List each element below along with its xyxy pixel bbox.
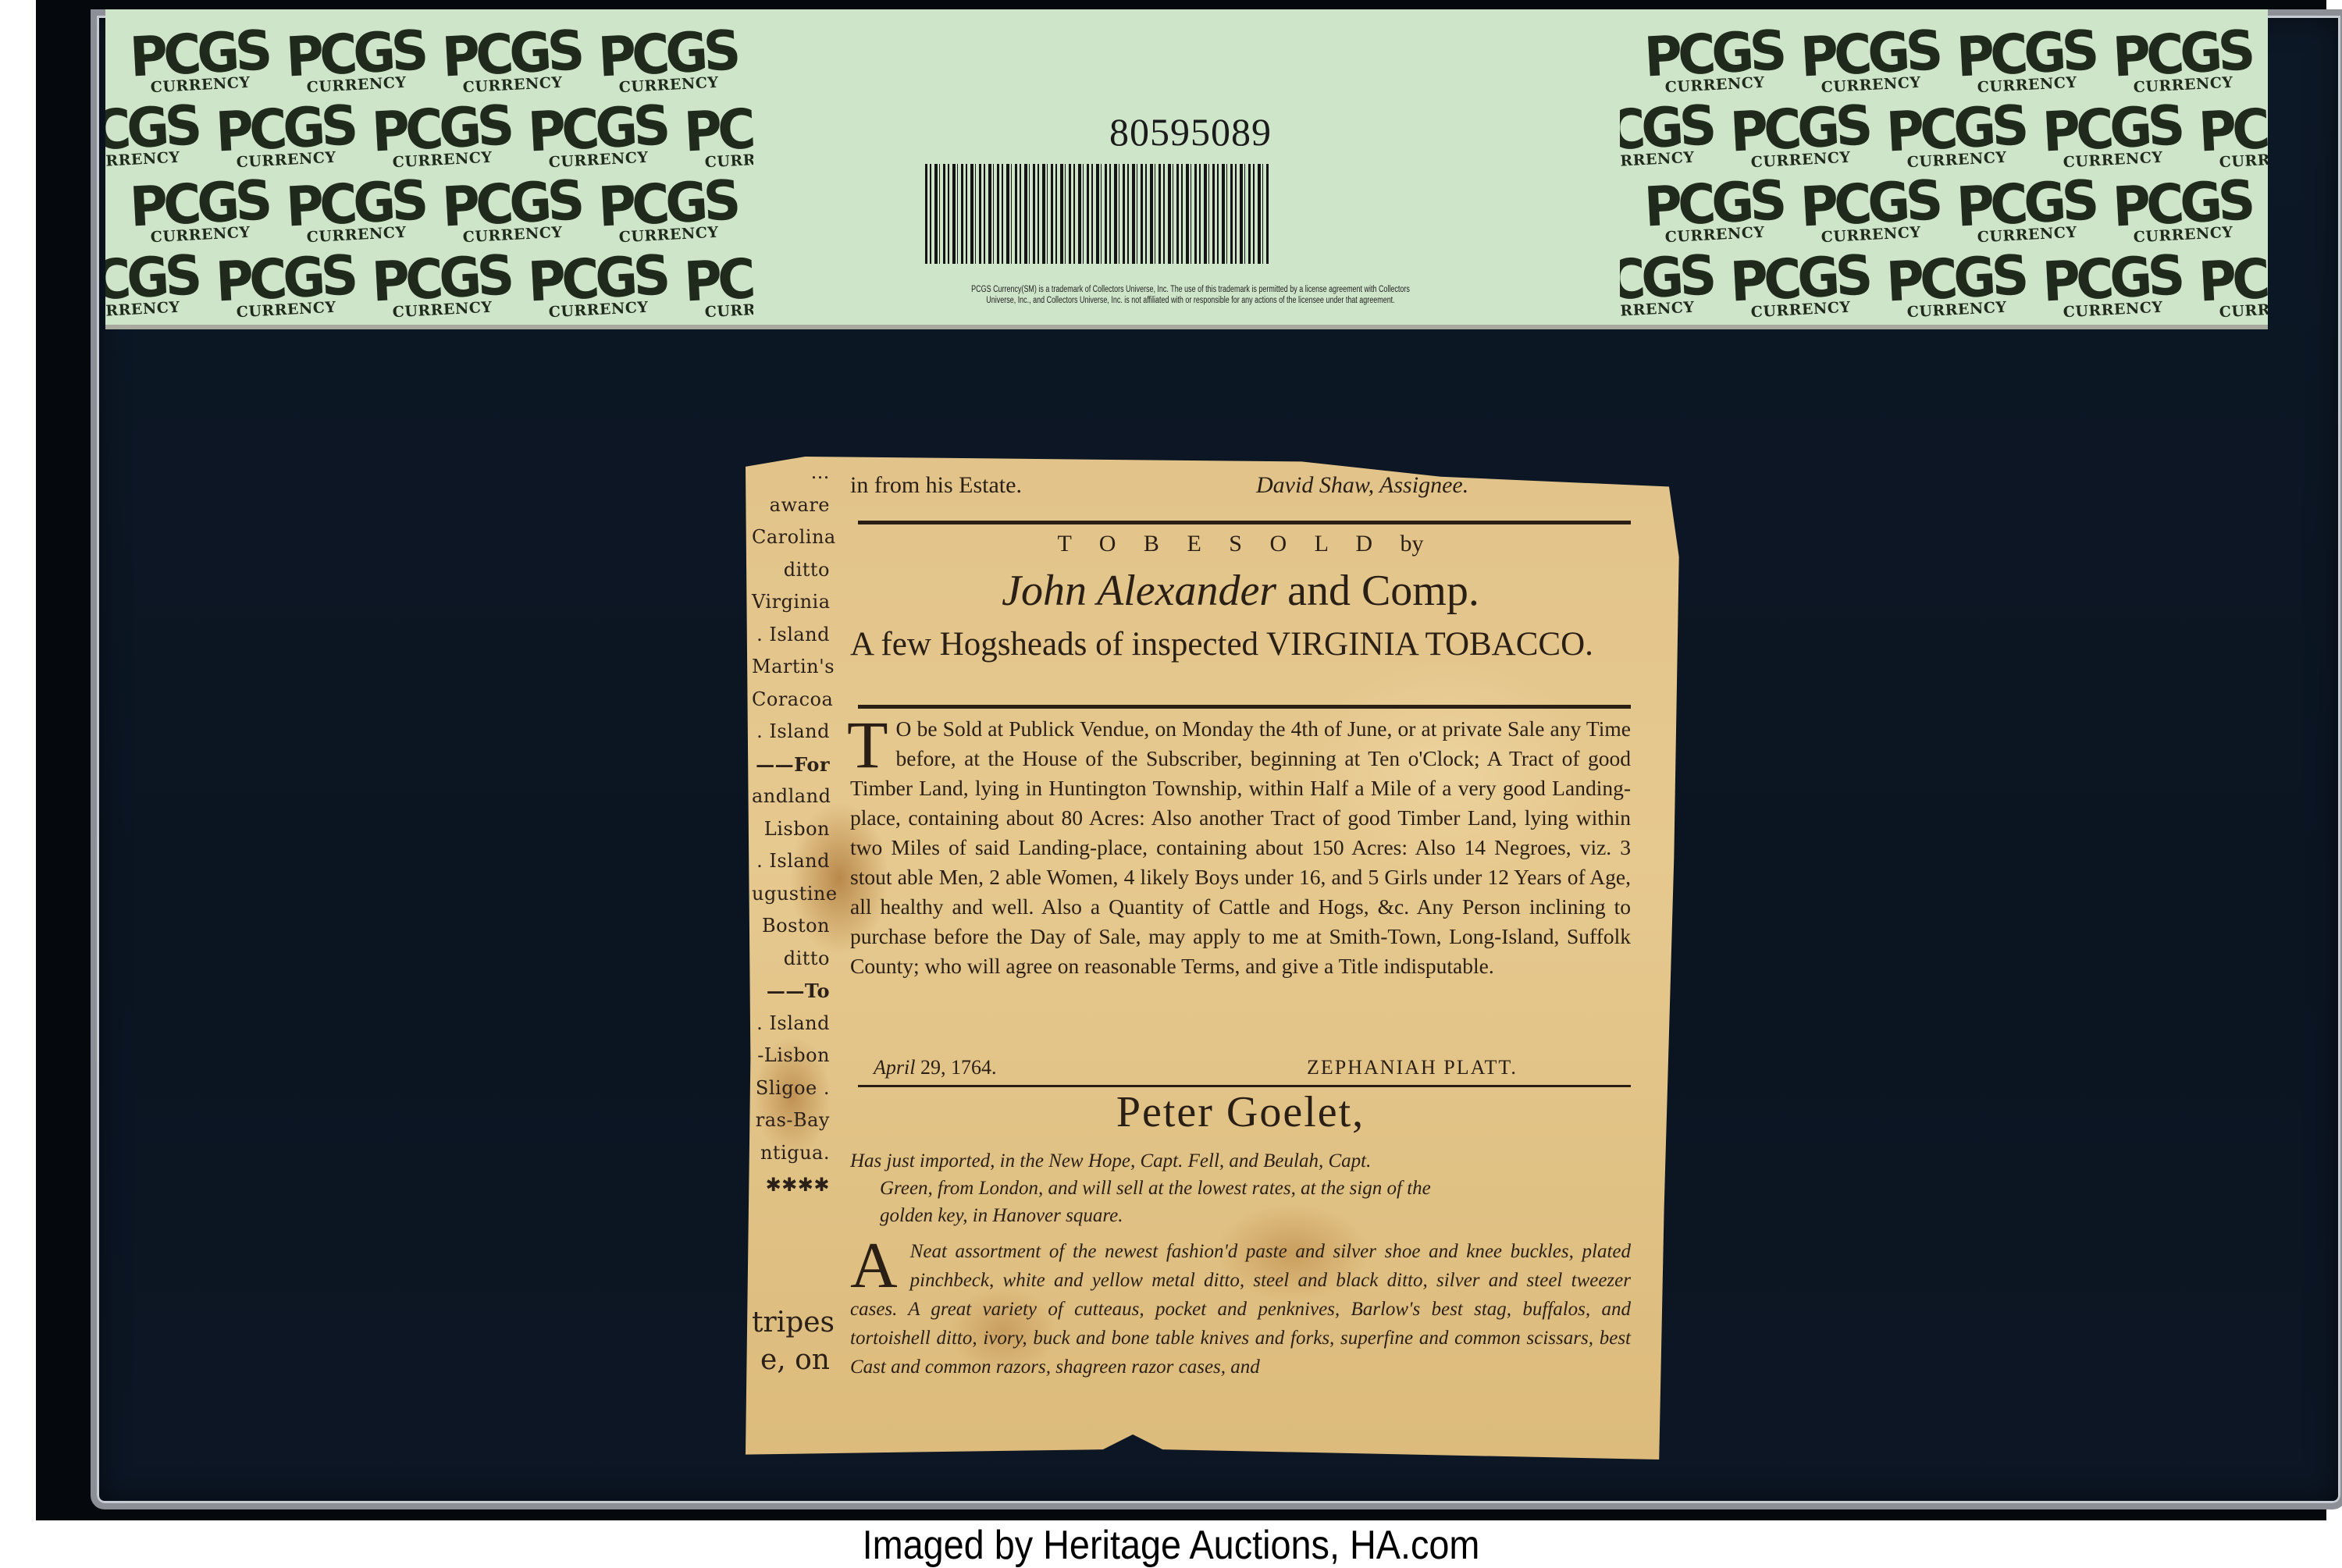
pcgs-currency-logo-icon: PCGSCURRENCY (119, 169, 279, 252)
pcgs-currency-logo-icon: PCGSCURRENCY (2188, 94, 2268, 177)
left-column-line: . Island (752, 619, 830, 652)
pcgs-currency-logo-icon: PCGSCURRENCY (1876, 94, 2036, 177)
pcgs-currency-logo-icon: PCGSCURRENCY (276, 169, 436, 252)
ad1-heading: T O B E S O L D by (850, 531, 1631, 557)
left-column-line: . Island (752, 716, 830, 748)
left-column-line: . Island (752, 845, 830, 878)
ad1-body: T O be Sold at Publick Vendue, on Monday… (850, 714, 1631, 981)
left-column-line: Coracoa (752, 684, 830, 716)
left-column-line: Carolina (752, 521, 830, 554)
barcode-icon (925, 164, 1270, 264)
ad2-dropcap: A (850, 1239, 898, 1293)
ad1-seller: John Alexander and Comp. (850, 566, 1631, 616)
left-column-line: …aware (752, 457, 830, 521)
left-column-line: Martin's (752, 651, 830, 684)
left-column-line: ntigua. (752, 1137, 830, 1170)
left-column-line: andland (752, 780, 830, 813)
pcgs-currency-logo-icon: PCGSCURRENCY (2032, 244, 2192, 325)
left-column-line: ditto (752, 554, 830, 587)
certification-block: 80595089 PCGS Currency(SM) is a trademar… (902, 9, 1479, 325)
pcgs-currency-logo-icon: PCGSCURRENCY (205, 94, 365, 177)
ad1-date-month: April (874, 1056, 915, 1079)
pcgs-logo-pattern-right: PCGSCURRENCYPCGSCURRENCYPCGSCURRENCYPCGS… (1620, 9, 2268, 325)
left-column-line: Virginia (752, 586, 830, 619)
newspaper-fragment: …awareCarolinadittoVirginia. IslandMarti… (746, 457, 1739, 1460)
ad1-signature: ZEPHANIAH PLATT. (1307, 1056, 1518, 1079)
ad1-seller-rest: and Comp. (1276, 567, 1479, 615)
pcgs-currency-logo-icon: PCGSCURRENCY (1634, 169, 1794, 252)
pcgs-logo-pattern-left: PCGSCURRENCYPCGSCURRENCYPCGSCURRENCYPCGS… (105, 9, 753, 325)
left-column-line: Lisbon (752, 813, 830, 846)
ad1-date: April 29, 1764. (874, 1056, 996, 1079)
left-column-fragment: …awareCarolinadittoVirginia. IslandMarti… (752, 457, 830, 1202)
cert-number: 80595089 (902, 109, 1479, 155)
ad1-dropcap: T (847, 717, 888, 772)
pcgs-currency-logo-icon: PCGSCURRENCY (1946, 20, 2106, 102)
ad1-heading-text: T O B E S O L D (1057, 531, 1383, 556)
pcgs-currency-logo-icon: PCGSCURRENCY (1720, 94, 1880, 177)
image-credit-caption: Imaged by Heritage Auctions, HA.com (117, 1522, 2225, 1568)
pcgs-currency-logo-icon: PCGSCURRENCY (2102, 20, 2262, 102)
pcgs-currency-logo-icon: PCGSCURRENCY (674, 244, 753, 325)
left-column-line: Boston (752, 910, 830, 943)
pcgs-currency-logo-icon: PCGSCURRENCY (2188, 244, 2268, 325)
pcgs-currency-logo-icon: PCGSCURRENCY (432, 169, 592, 252)
pcgs-currency-logo-icon: PCGSCURRENCY (1946, 169, 2106, 252)
left-column-line: . Island (752, 1008, 830, 1040)
trademark-line-1: PCGS Currency(SM) is a trademark of Coll… (965, 284, 1415, 295)
ad1-product: A few Hogsheads of inspected VIRGINIA TO… (850, 627, 1639, 663)
pcgs-currency-logo-icon: PCGSCURRENCY (2032, 94, 2192, 177)
pcgs-currency-logo-icon: PCGSCURRENCY (518, 244, 678, 325)
ad2-intro-line-2: Green, from London, and will sell at the… (850, 1175, 1631, 1202)
left-column-lower-line: e, on (752, 1342, 830, 1379)
ad2-heading: Peter Goelet, (850, 1087, 1631, 1137)
ad1-seller-name: John Alexander (1002, 567, 1276, 615)
pcgs-currency-logo-icon: PCGSCURRENCY (361, 244, 521, 325)
left-column-line: Sligoe . (752, 1072, 830, 1105)
pcgs-currency-logo-icon: PCGSCURRENCY (119, 20, 279, 102)
pcgs-currency-logo-icon: PCGSCURRENCY (518, 94, 678, 177)
pcgs-currency-logo-icon: PCGSCURRENCY (432, 20, 592, 102)
left-column-line: ditto (752, 943, 830, 976)
ad2-intro-line-1: Has just imported, in the New Hope, Capt… (850, 1147, 1631, 1175)
left-column-line: ugustine (752, 878, 830, 911)
trademark-line-2: Universe, Inc., and Collectors Universe,… (965, 295, 1415, 306)
trademark-notice: PCGS Currency(SM) is a trademark of Coll… (965, 284, 1415, 306)
pcgs-currency-logo-icon: PCGSCURRENCY (276, 20, 436, 102)
pcgs-currency-logo-icon: PCGSCURRENCY (1720, 244, 1880, 325)
left-column-lower-fragment: tripese, on (752, 1304, 830, 1379)
ad1-heading-by: by (1401, 531, 1424, 556)
ad2-body: A Neat assortment of the newest fashion'… (850, 1237, 1631, 1381)
pcgs-currency-logo-icon: PCGSCURRENCY (1620, 244, 1723, 325)
ad2-intro: Has just imported, in the New Hope, Capt… (850, 1147, 1631, 1229)
pcgs-currency-logo-icon: PCGSCURRENCY (2102, 169, 2262, 252)
left-column-line: ras-Bay (752, 1104, 830, 1137)
ad2-body-text: Neat assortment of the newest fashion'd … (850, 1241, 1631, 1378)
pcgs-currency-logo-icon: PCGSCURRENCY (1620, 94, 1723, 177)
pcgs-currency-logo-icon: PCGSCURRENCY (1790, 20, 1950, 102)
left-column-line: -Lisbon (752, 1040, 830, 1072)
left-column-lower-line: tripes (752, 1304, 830, 1342)
pcgs-currency-logo-icon: PCGSCURRENCY (361, 94, 521, 177)
pcgs-currency-logo-icon: PCGSCURRENCY (1634, 20, 1794, 102)
top-left-text: in from his Estate. (850, 472, 1022, 499)
pcgs-currency-logo-icon: PCGSCURRENCY (105, 94, 208, 177)
ad1-body-text: O be Sold at Publick Vendue, on Monday t… (850, 716, 1631, 978)
pcgs-currency-logo-icon: PCGSCURRENCY (1876, 244, 2036, 325)
ad1-date-rest: 29, 1764. (915, 1056, 996, 1079)
divider-rule (858, 705, 1631, 709)
left-column-line: ——For (752, 748, 830, 781)
pcgs-currency-logo-icon: PCGSCURRENCY (105, 244, 208, 325)
ad2-intro-line-3: golden key, in Hanover square. (850, 1202, 1631, 1229)
pcgs-currency-logo-icon: PCGSCURRENCY (205, 244, 365, 325)
pcgs-label: PCGSCURRENCYPCGSCURRENCYPCGSCURRENCYPCGS… (105, 9, 2268, 329)
pcgs-currency-logo-icon: PCGSCURRENCY (1790, 169, 1950, 252)
left-column-line: ✱✱✱✱ (752, 1169, 830, 1202)
pcgs-currency-logo-icon: PCGSCURRENCY (588, 169, 748, 252)
divider-rule (858, 521, 1631, 524)
pcgs-currency-logo-icon: PCGSCURRENCY (674, 94, 753, 177)
pcgs-currency-logo-icon: PCGSCURRENCY (588, 20, 748, 102)
left-column-line: ——To (752, 975, 830, 1008)
